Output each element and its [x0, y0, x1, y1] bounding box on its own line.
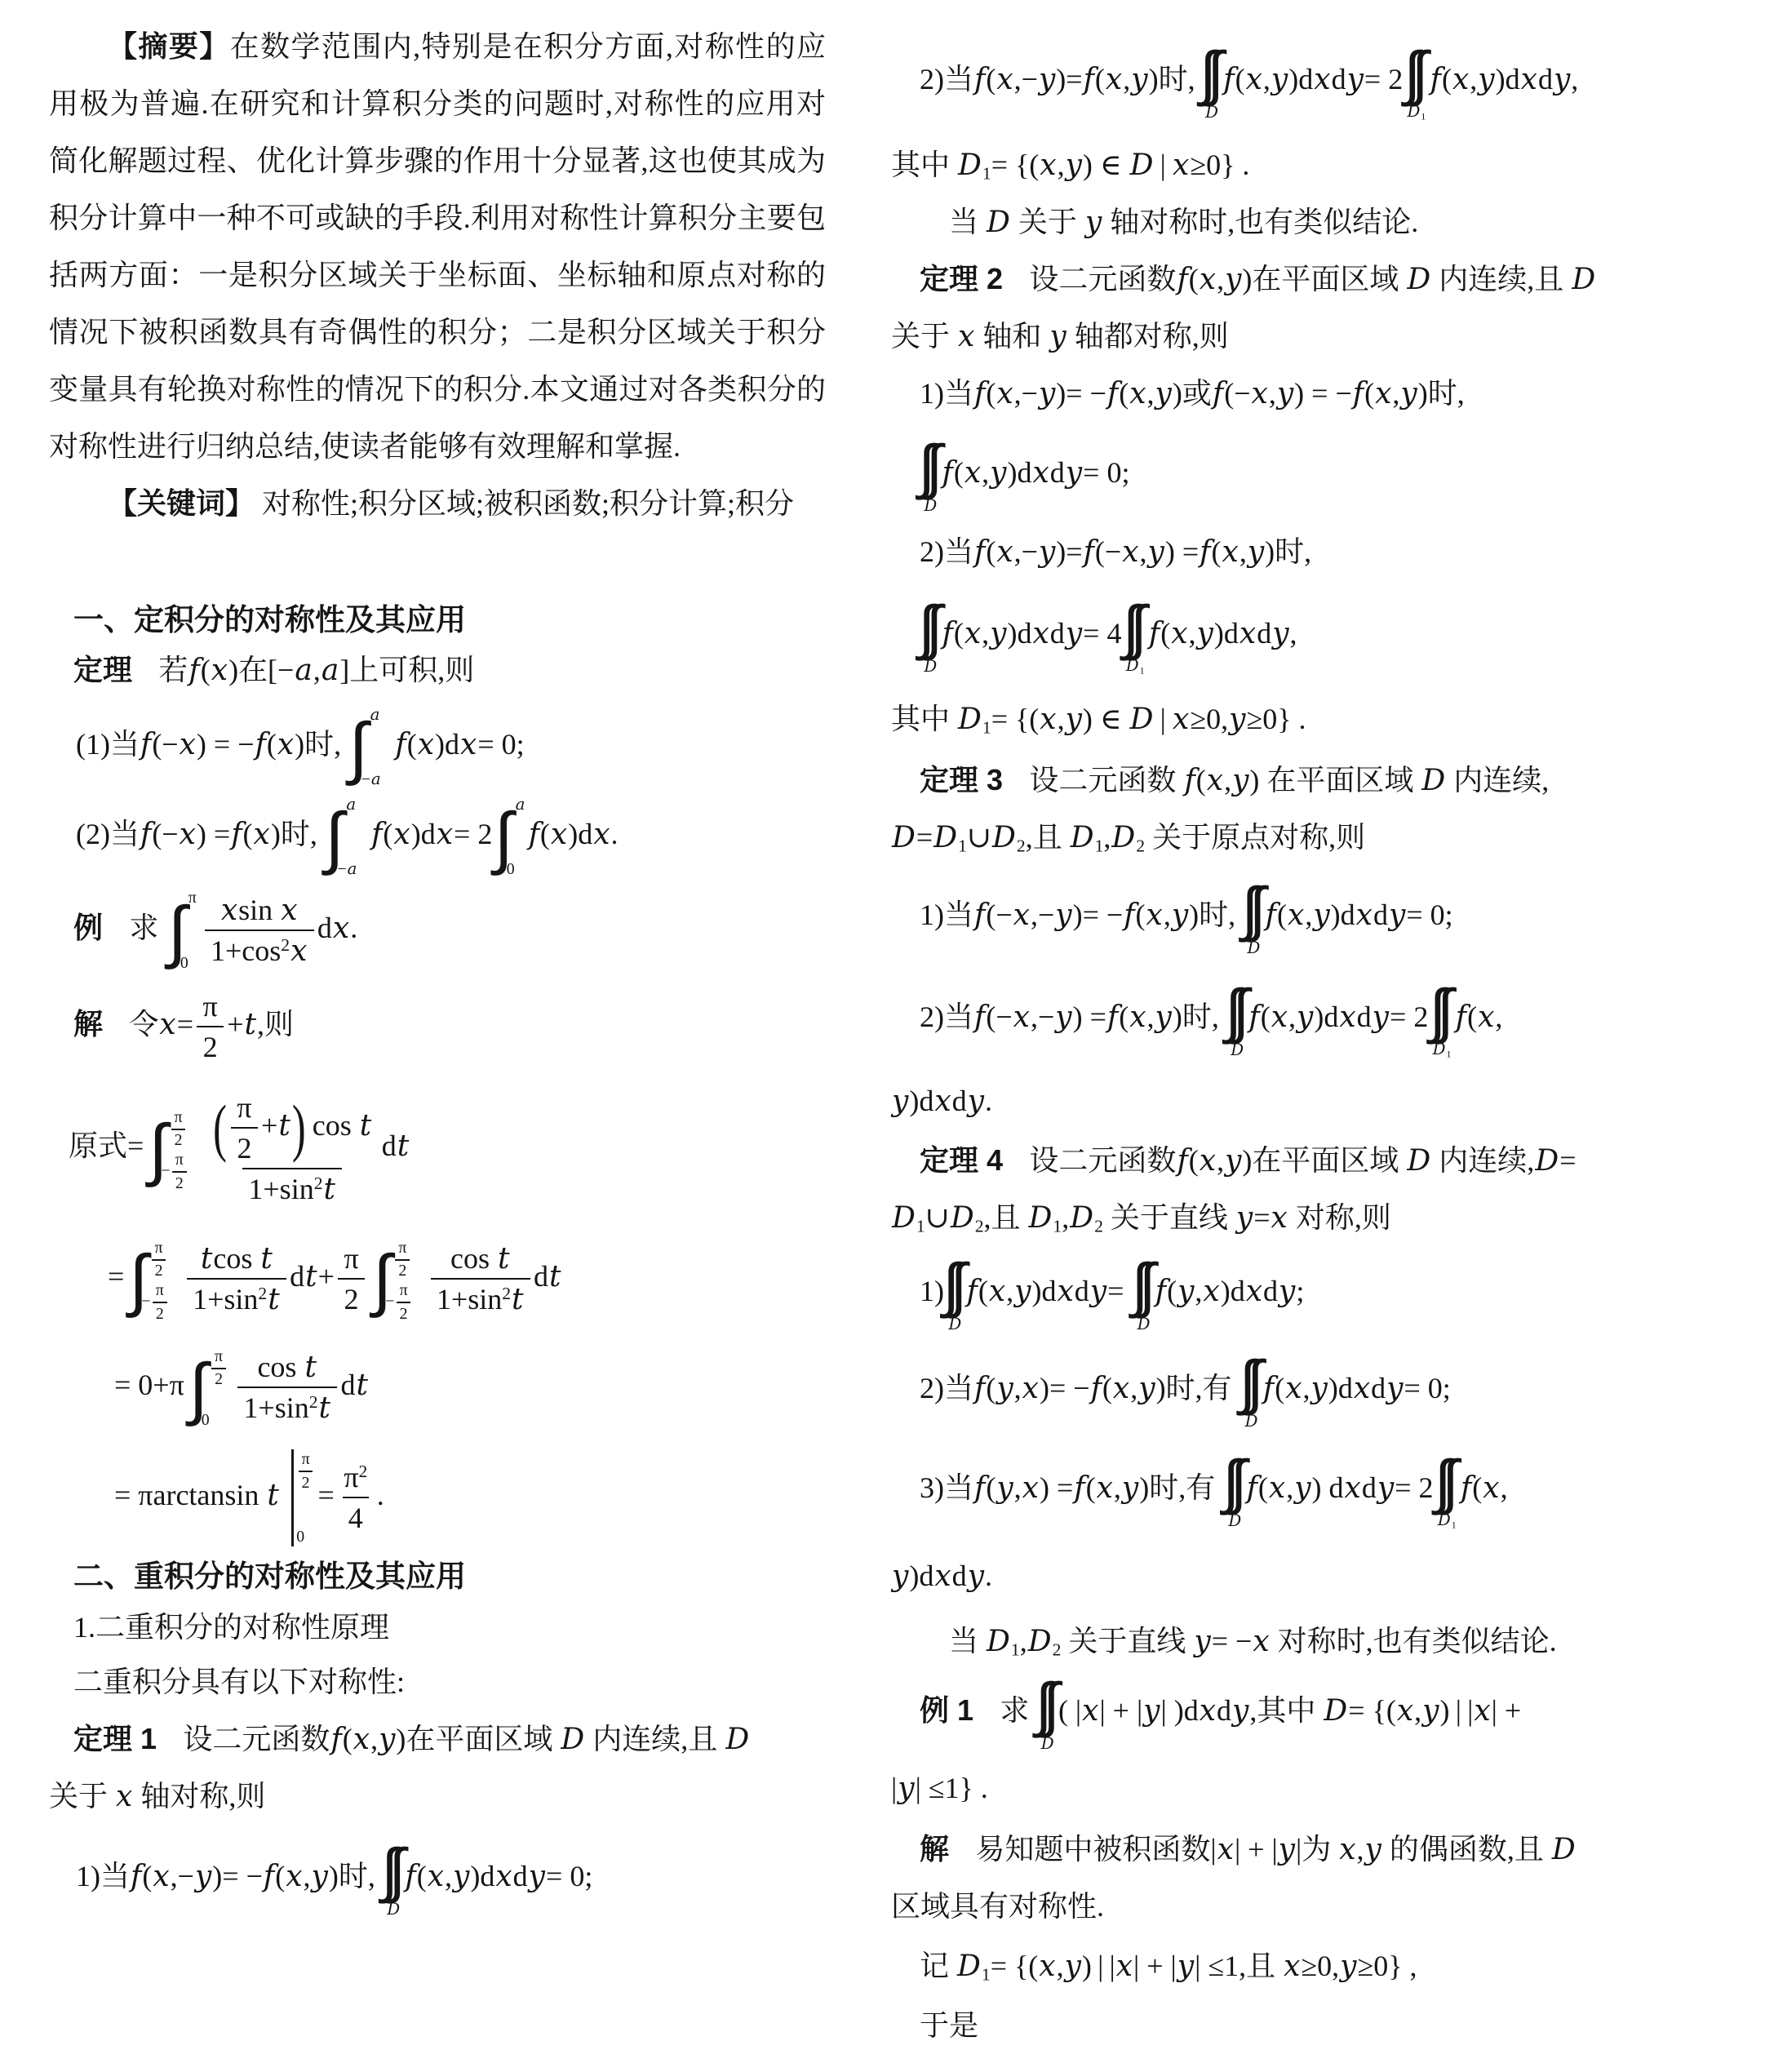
- math-text: (: [407, 728, 417, 761]
- math-text: )时,: [1173, 1001, 1219, 1033]
- math-text: ) =: [1073, 1001, 1106, 1033]
- integral-sign: ∫: [1242, 874, 1258, 944]
- math-text: 2: [1017, 836, 1026, 855]
- math-text: ,且: [984, 1201, 1028, 1234]
- math-text: 2: [359, 1462, 368, 1481]
- double-integral-sign: ∫∫: [1412, 42, 1421, 105]
- math-var: y: [891, 1560, 909, 1593]
- theorem-4-case-3-tail: y)dxdy.: [891, 1535, 1748, 1617]
- math-text: 其中: [891, 149, 957, 181]
- math-var: D: [923, 657, 938, 676]
- math-text: (−: [1224, 377, 1250, 410]
- math-var: D: [1244, 1412, 1259, 1431]
- math-text: π: [237, 1091, 251, 1124]
- math-var: x: [1031, 617, 1049, 650]
- math-text: 1)当: [76, 1860, 130, 1892]
- keywords-label: 【关键词】: [108, 486, 255, 520]
- math-text: 2)当: [920, 1372, 973, 1404]
- math-text: 2: [1094, 1216, 1103, 1236]
- integral: ∫π0: [168, 889, 197, 974]
- math-var: x: [1396, 1694, 1414, 1728]
- math-var: y: [1049, 320, 1067, 353]
- math-text: −: [337, 860, 346, 878]
- numerator: π: [397, 1281, 411, 1302]
- math-var: a: [370, 705, 381, 724]
- math-text: =: [318, 1479, 335, 1511]
- math-var: t: [318, 1391, 331, 1425]
- math-text: (−: [986, 1001, 1012, 1033]
- math-text: (: [954, 456, 964, 489]
- numerator: π: [197, 989, 224, 1026]
- integral: ∫π20: [189, 1346, 228, 1431]
- math-var: x: [1283, 1950, 1301, 1983]
- math-text: ,: [1501, 1471, 1508, 1504]
- math-text: d: [382, 1129, 397, 1162]
- math-text: (: [1275, 1372, 1284, 1404]
- math-text: ,−: [1031, 1001, 1054, 1033]
- double-integral: ∫∫D1: [1125, 597, 1145, 677]
- integral-sign: ∫: [1430, 976, 1446, 1046]
- double-integral: ∫∫D: [1246, 878, 1261, 957]
- math-var: x: [392, 818, 410, 851]
- example-1-line-1: 例 1求∫∫D( |x| + |y| )dxdy,其中 D= {(x,y)||x…: [891, 1666, 1748, 1755]
- math-text: ,: [1058, 703, 1065, 735]
- integral-lower-limit: D: [1246, 940, 1261, 957]
- math-text: = 0;: [546, 1860, 592, 1892]
- math-text: (: [986, 63, 996, 95]
- math-var: D: [1204, 103, 1219, 122]
- integral-lower-limit: D: [1227, 1513, 1242, 1530]
- integral-lower-limit: D: [947, 1316, 962, 1333]
- math-text: ,: [982, 617, 989, 650]
- math-var: f: [140, 818, 152, 851]
- math-text: ,: [1062, 1201, 1069, 1234]
- domain-d1-xy: 其中 D1= {(x,y) ∈ D|x≥0,y≥0} .: [891, 686, 1748, 752]
- fraction: π2: [152, 1239, 166, 1281]
- math-var: t: [497, 1242, 510, 1276]
- math-text: 内连续,: [1431, 1144, 1534, 1177]
- numerator: π2: [338, 1460, 373, 1497]
- math-text: d: [1263, 1275, 1278, 1307]
- math-text: ,: [1014, 1372, 1022, 1404]
- left-column: 【摘要】在数学范围内,特别是在积分方面,对称性的应用极为普遍.在研究和计算积分类…: [49, 18, 826, 1928]
- math-text: (: [954, 617, 964, 650]
- math-var: x: [459, 728, 477, 761]
- double-integral-sign: ∫∫: [1139, 1254, 1148, 1317]
- math-text: .: [985, 1085, 992, 1117]
- math-text: (: [1212, 535, 1222, 568]
- math-var: f: [973, 1471, 986, 1505]
- math-text: .: [377, 1479, 384, 1511]
- integral-limits: π2−π2: [148, 1237, 177, 1322]
- double-integral-sign: ∫∫: [1437, 980, 1446, 1043]
- math-text: ( |: [1058, 1694, 1081, 1727]
- math-text: )d: [1031, 1275, 1056, 1307]
- math-text: ,−: [1014, 377, 1038, 410]
- math-var: f: [394, 728, 406, 761]
- math-text: cos: [313, 1109, 359, 1142]
- math-var: x: [1284, 1372, 1302, 1405]
- math-var: f: [1073, 1471, 1085, 1505]
- math-text: ≥0} .: [1190, 149, 1249, 181]
- math-var: D: [1070, 821, 1095, 854]
- double-integral: ∫∫D: [1244, 1351, 1259, 1431]
- math-var: y: [1193, 1625, 1211, 1658]
- integral-lower-limit: D: [923, 659, 938, 676]
- denominator: 2: [299, 1471, 313, 1493]
- math-var: x: [280, 894, 298, 927]
- math-text: |: [1098, 1950, 1103, 1982]
- math-text: ,: [1571, 63, 1578, 95]
- math-text: 1)当: [920, 898, 973, 931]
- math-text: )d: [1496, 63, 1520, 95]
- math-var: D: [947, 1315, 962, 1333]
- integral-sign: ∫: [1225, 976, 1241, 1046]
- bar-limits: π20: [294, 1449, 315, 1546]
- math-var: x: [253, 818, 271, 851]
- math-text: 2: [156, 1305, 164, 1323]
- math-text: = 0+π: [114, 1369, 184, 1401]
- integral-lower-limit: D: [1040, 1736, 1055, 1753]
- math-text: 2: [314, 1174, 323, 1193]
- math-bold-label: 解: [73, 1007, 103, 1040]
- fraction: cos t1+sin2t: [237, 1350, 337, 1426]
- subscript: 1: [1447, 1049, 1452, 1060]
- example-1-then: 于是: [891, 1997, 1748, 2054]
- math-var: x: [1251, 377, 1269, 410]
- math-var: t: [267, 1283, 280, 1316]
- lower-limit: 0: [296, 1529, 315, 1546]
- math-var: f: [1083, 535, 1095, 569]
- math-text: (: [1086, 1471, 1096, 1504]
- theorem-4-case-2: 2)当f(y,x)= −f(x,y)时,有∫∫Df(x,y)dxdy= 0;: [891, 1336, 1748, 1440]
- math-var: x: [1338, 1001, 1356, 1034]
- math-var: f: [1460, 1471, 1472, 1505]
- math-text: )d: [1331, 898, 1355, 931]
- lower-limit: 0: [507, 862, 518, 878]
- math-var: y: [1231, 1694, 1249, 1728]
- math-text: ,: [1303, 1372, 1310, 1404]
- math-var: x: [1038, 1950, 1056, 1983]
- math-var: y: [1142, 1694, 1160, 1728]
- math-text: 4: [348, 1502, 363, 1534]
- math-var: x: [1482, 1471, 1500, 1505]
- denominator: 2: [171, 1129, 186, 1151]
- math-var: D: [891, 821, 916, 854]
- numerator: π: [153, 1281, 167, 1302]
- math-text: 关于直线: [1061, 1625, 1193, 1657]
- math-var: x: [1039, 703, 1057, 736]
- math-var: y: [1130, 63, 1148, 96]
- integral-sign: ∫: [918, 432, 934, 502]
- math-var: f: [1176, 1144, 1188, 1178]
- math-text: ,: [1147, 377, 1155, 410]
- math-var: f: [230, 818, 242, 851]
- double-integral-sign: ∫∫: [1208, 42, 1217, 105]
- math-var: y: [1247, 535, 1265, 569]
- math-var: f: [1155, 1275, 1167, 1308]
- math-text: )d: [1288, 63, 1313, 95]
- abstract-paragraph: 【摘要】在数学范围内,特别是在积分方面,对称性的应用极为普遍.在研究和计算积分类…: [49, 18, 826, 475]
- denominator: 1+sin2t: [242, 1168, 342, 1207]
- math-var: D: [725, 1723, 750, 1756]
- math-var: f: [966, 1275, 978, 1308]
- math-var: x: [1172, 703, 1190, 736]
- superscript: 2: [359, 1462, 368, 1481]
- math-var: D: [986, 1625, 1011, 1658]
- denominator: 2: [172, 1171, 187, 1193]
- math-var: x: [1344, 1471, 1362, 1505]
- math-text: 2: [281, 935, 290, 955]
- abstract-label: 【摘要】: [108, 29, 230, 63]
- math-text: d: [1217, 1694, 1231, 1727]
- math-text: 1+sin: [248, 1173, 313, 1205]
- integral: ∫π2−π2: [129, 1237, 177, 1322]
- paper-page: { "page": {"background": "#ffffff", "tex…: [0, 0, 1765, 2072]
- math-text: 关于原点对称,则: [1145, 821, 1365, 854]
- subscript: 1: [1421, 111, 1426, 122]
- integral: ∫π2−π2: [149, 1107, 197, 1191]
- double-integral-sign: ∫∫: [1233, 980, 1242, 1043]
- math-var: x: [1452, 63, 1470, 96]
- theorem-2-line-1: 定理 2设二元函数f(x,y)在平面区域 D 内连续,且 D: [891, 251, 1748, 308]
- math-text: π: [175, 1108, 183, 1126]
- math-text: )时,有: [1139, 1471, 1215, 1504]
- integral-sign: ∫: [918, 592, 934, 663]
- math-var: f: [188, 654, 200, 687]
- math-var: f: [973, 63, 986, 96]
- math-text: 0: [296, 1528, 304, 1546]
- fraction: π2: [397, 1281, 411, 1324]
- math-text: (: [343, 1723, 353, 1755]
- integral-sign: ∫: [1435, 1447, 1451, 1517]
- math-var: D: [1571, 263, 1596, 296]
- math-var: a: [347, 859, 358, 878]
- fraction: π2: [172, 1151, 187, 1193]
- upper-limit: a: [515, 796, 526, 814]
- math-var: y: [1553, 63, 1571, 96]
- example-1-solution-line-1: 解易知题中被积函数|x| + |y|为 x,y 的偶函数,且 D: [891, 1821, 1748, 1878]
- math-text: (: [1235, 63, 1245, 95]
- math-var: a: [294, 654, 313, 687]
- math-text: ,: [1290, 617, 1297, 650]
- numerator: cos t: [251, 1350, 323, 1387]
- math-text: 令: [129, 1008, 158, 1040]
- math-text: )或: [1173, 377, 1212, 410]
- fraction: π2: [171, 1108, 186, 1151]
- math-text: π: [344, 1242, 358, 1275]
- math-var: x: [436, 818, 454, 851]
- superscript: 2: [314, 1174, 323, 1193]
- theorem-2-case-2-result: ∫∫Df(x,y)dxdy= 4∫∫D1f(x,y)dxdy,: [891, 580, 1748, 686]
- math-bold-label: 定理: [73, 653, 132, 686]
- math-text: ) = −: [197, 728, 255, 761]
- math-text: = πarctansin: [114, 1479, 266, 1511]
- math-text: ,: [1269, 377, 1276, 410]
- math-text: (: [1160, 617, 1170, 650]
- fraction: xsin x1+cos2x: [205, 893, 314, 969]
- integral-lower-limit: D: [1244, 1413, 1259, 1431]
- theorem-4-line-2: D1∪D2,且 D1,D2 关于直线 y=x 对称,则: [891, 1189, 1748, 1246]
- math-var: x: [1112, 1372, 1130, 1405]
- math-text: )=: [1056, 63, 1082, 95]
- math-text: ) = −: [1294, 377, 1352, 410]
- math-var: y: [1089, 1275, 1107, 1308]
- math-text: )时,: [1418, 377, 1465, 410]
- subscript: 1: [982, 163, 991, 183]
- theorem-3-case-1: 1)当f(−x,−y)= −f(x,y)时,∫∫Df(x,y)dxdy= 0;: [891, 866, 1748, 964]
- denominator: 2: [231, 1127, 257, 1166]
- upper-limit: π2: [210, 1347, 228, 1390]
- math-var: y: [1155, 377, 1173, 410]
- integral-sign: ∫: [1200, 38, 1216, 109]
- math-var: x: [1129, 377, 1146, 410]
- math-text: (: [1136, 898, 1146, 931]
- math-var: t: [511, 1283, 524, 1316]
- theorem-1-line-2: 关于 x 轴对称,则: [49, 1768, 826, 1825]
- math-text: 2)当: [920, 535, 973, 568]
- math-var: x: [290, 934, 308, 968]
- math-text: ,: [304, 1860, 311, 1892]
- math-var: x: [1473, 1694, 1491, 1728]
- math-var: x: [1013, 898, 1031, 932]
- math-var: x: [1239, 617, 1257, 650]
- lower-limit: −π2: [141, 1281, 169, 1324]
- math-var: x: [933, 1560, 951, 1593]
- numerator: π: [231, 1090, 258, 1127]
- math-var: x: [1355, 898, 1373, 932]
- math-var: x: [1252, 1625, 1270, 1658]
- math-text: ,: [1288, 1001, 1296, 1033]
- math-var: x: [1146, 898, 1164, 932]
- superscript: 2: [502, 1284, 511, 1303]
- math-text: π: [175, 1151, 184, 1169]
- math-text: )时,: [1265, 535, 1311, 568]
- math-var: y: [989, 617, 1007, 650]
- math-text: ∪: [925, 1201, 950, 1234]
- math-text: d: [952, 1085, 967, 1117]
- math-bold-label: 例 1: [920, 1693, 973, 1727]
- math-text: ,: [1164, 898, 1171, 931]
- math-var: y: [1224, 263, 1242, 296]
- math-text: 3)当: [920, 1471, 973, 1504]
- math-bold-label: 定理 1: [73, 1722, 157, 1755]
- math-text: .: [611, 818, 619, 850]
- example-1-domain-d1: 记 D1= {(x,y)||x| + |y| ≤1,且 x≥0,y≥0} ,: [891, 1935, 1748, 1997]
- math-var: x: [1245, 63, 1263, 96]
- denominator: 1+cos2x: [205, 930, 314, 969]
- math-var: y: [996, 1471, 1013, 1505]
- math-text: 1+sin: [243, 1391, 308, 1424]
- math-text: )d: [435, 728, 459, 761]
- math-text: (: [1119, 377, 1129, 410]
- math-text: )时,: [271, 818, 317, 850]
- math-text: d: [1373, 898, 1388, 931]
- math-var: D: [923, 496, 938, 515]
- math-text: (: [986, 1372, 996, 1404]
- math-text: π: [215, 1347, 223, 1365]
- math-text: 1: [1011, 1639, 1020, 1659]
- domain-d1-x: 其中 D1= {(x,y) ∈ D|x≥0} .: [891, 136, 1748, 193]
- math-text: 关于: [49, 1780, 115, 1812]
- math-var: x: [1022, 1372, 1040, 1405]
- math-text: (: [1277, 898, 1287, 931]
- math-var: x: [1199, 1694, 1217, 1728]
- theorem-3-line-1: 定理 3设二元函数 f(x,y) 在平面区域 D 内连续,: [891, 752, 1748, 809]
- double-integral: ∫∫D: [1137, 1254, 1151, 1333]
- math-var: x: [1217, 1833, 1235, 1866]
- math-text: ≥0} ,: [1358, 1950, 1417, 1982]
- example-integral-line: 例求∫π0xsin x1+cos2xdx.: [49, 879, 826, 977]
- math-var: D: [1040, 1734, 1055, 1753]
- math-text: ,: [1057, 1950, 1064, 1982]
- open-paren: (: [212, 1090, 228, 1167]
- theorem-2-case-1: 1)当f(x,−y)= −f(x,y)或f(−x,y) = −f(x,y)时,: [891, 365, 1748, 422]
- integral-lower-limit: D1: [1125, 658, 1145, 676]
- math-text: ,: [1305, 898, 1312, 931]
- lower-limit: −π2: [385, 1281, 413, 1324]
- integral: ∫a−a: [325, 795, 366, 880]
- math-text: 求: [129, 912, 158, 944]
- math-text: 1: [1095, 836, 1104, 855]
- denominator: 2: [152, 1259, 166, 1281]
- math-text: ,−: [171, 1860, 194, 1892]
- math-text: 1: [1452, 1520, 1457, 1531]
- math-text: ,: [1020, 1625, 1027, 1657]
- math-text: (: [986, 377, 996, 410]
- math-text: (: [1167, 1275, 1177, 1307]
- math-var: f: [255, 728, 267, 761]
- math-var: f: [370, 818, 383, 851]
- math-text: ,: [1058, 149, 1065, 181]
- math-text: |: [1160, 149, 1166, 181]
- math-var: x: [1222, 535, 1239, 569]
- math-text: ∪: [967, 821, 991, 854]
- math-text: (−: [1095, 535, 1121, 568]
- math-var: x: [996, 63, 1013, 96]
- denominator: 2: [338, 1278, 364, 1317]
- math-var: t: [355, 1369, 368, 1402]
- math-text: d: [534, 1260, 548, 1293]
- math-text: 关于: [891, 320, 957, 353]
- math-var: y: [1271, 617, 1289, 650]
- math-var: D: [933, 821, 958, 854]
- math-var: D: [1551, 1833, 1577, 1866]
- derivation-result: = πarctansin tπ20=π24.: [49, 1438, 826, 1552]
- math-text: 关于直线: [1103, 1201, 1235, 1234]
- subscript: 2: [1094, 1216, 1103, 1236]
- math-text: ,其中: [1249, 1694, 1323, 1727]
- math-text: )时,: [1189, 898, 1235, 931]
- math-var: y: [1377, 1471, 1395, 1505]
- math-var: D: [956, 1950, 982, 1983]
- math-var: y: [1224, 1144, 1242, 1178]
- math-text: ,−: [1014, 535, 1038, 568]
- math-var: x: [332, 912, 350, 945]
- math-var: f: [942, 617, 954, 650]
- subscript: 2: [1017, 836, 1026, 855]
- subscript: 1: [982, 1964, 991, 1984]
- integral-lower-limit: D: [386, 1901, 401, 1919]
- math-var: x: [158, 1008, 176, 1041]
- math-text: 原式=: [69, 1129, 144, 1162]
- math-var: y: [1155, 1001, 1173, 1034]
- math-text: 2: [398, 1262, 406, 1280]
- math-text: ,: [1140, 535, 1147, 568]
- integral-sign: ∫: [1223, 1447, 1239, 1517]
- math-var: x: [964, 456, 982, 490]
- math-text: 1+sin: [193, 1283, 258, 1316]
